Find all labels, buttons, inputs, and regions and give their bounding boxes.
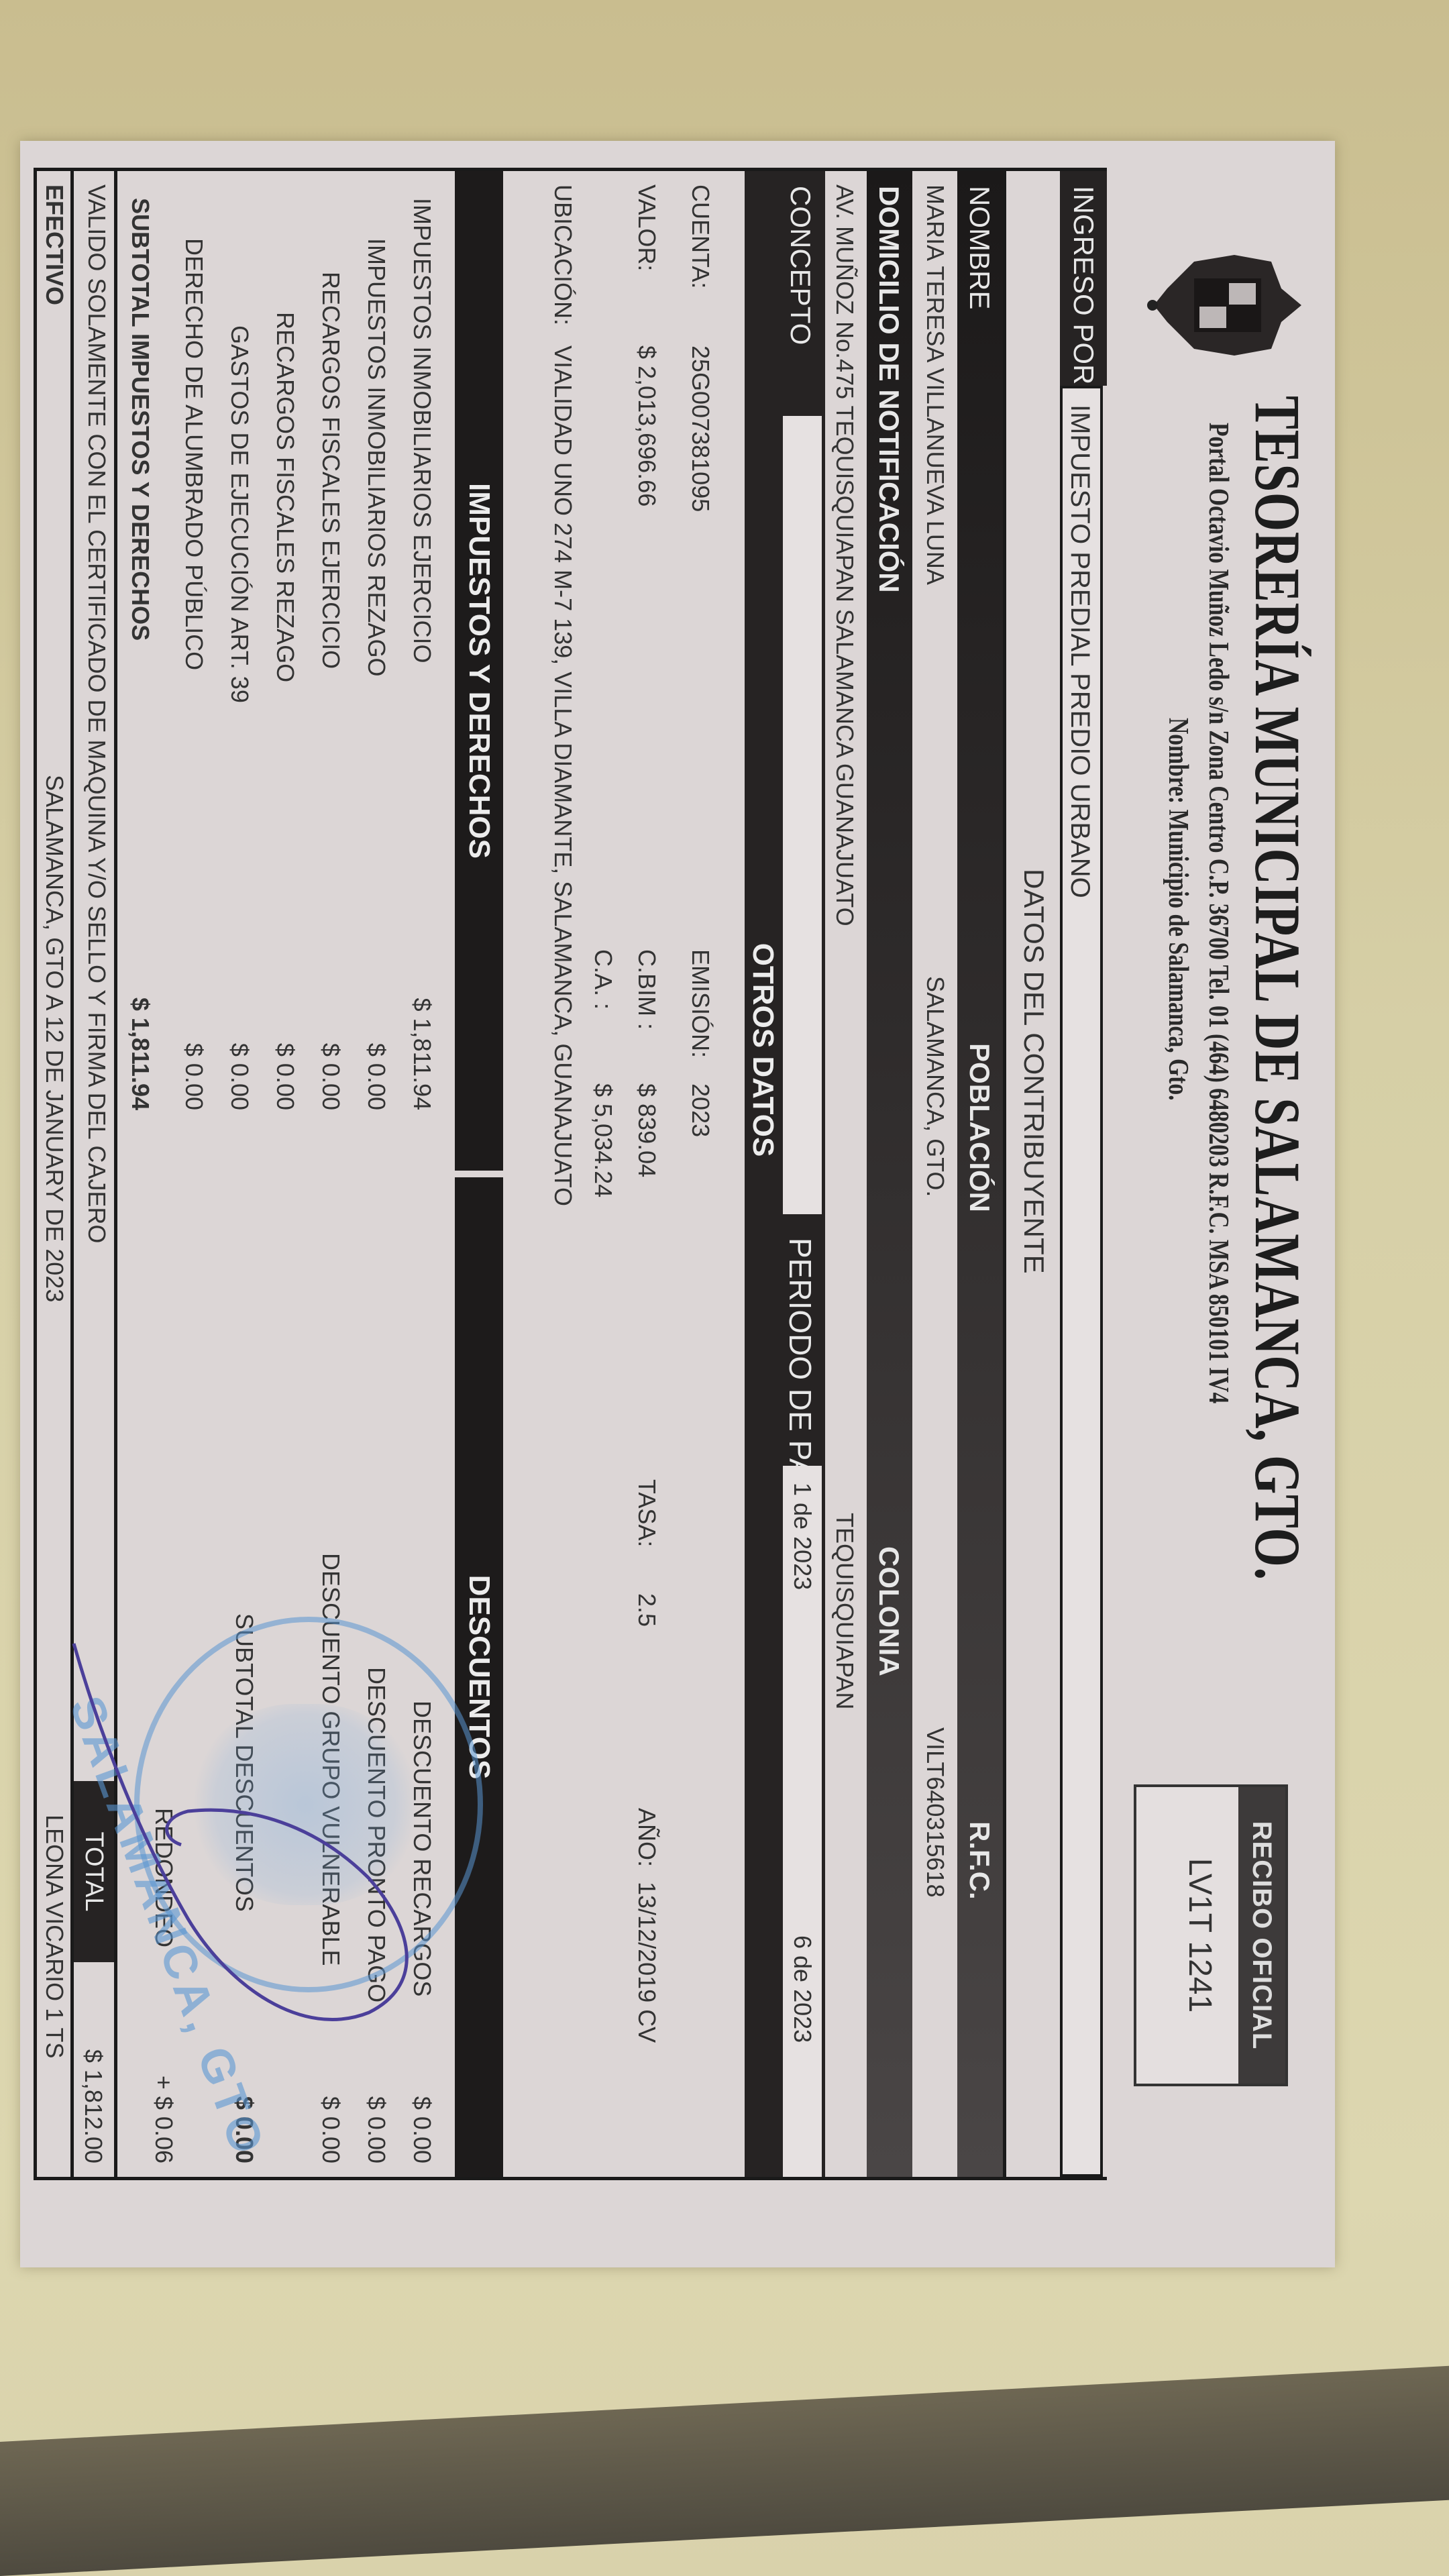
- impuesto-item-label: GASTOS DE EJECUCIÓN ART. 39: [225, 325, 254, 703]
- nombre-label: NOMBRE: [964, 186, 996, 309]
- forma-pago: EFECTIVO: [40, 184, 68, 305]
- domicilio-header-bar: DOMICILIO DE NOTIFICACIÓN COLONIA: [867, 171, 912, 2177]
- periodo-cell: 1 de 2023 6 de 2023: [783, 1466, 822, 2177]
- ingreso-value: IMPUESTO PREDIAL PREDIO URBANO: [1065, 405, 1095, 898]
- divider: [1003, 171, 1006, 2177]
- valor-label: VALOR:: [633, 184, 661, 271]
- ca-label: C.A. :: [589, 949, 617, 1010]
- impuesto-item-amount: $ 0.00: [317, 842, 345, 1110]
- nombre-header-bar: NOMBRE POBLACIÓN R.F.C.: [957, 171, 1003, 2177]
- ubicacion-value: VIALIDAD UNO 274 M-7 139, VILLA DIAMANTE…: [549, 345, 577, 1206]
- emision-value: 2023: [686, 1083, 714, 1137]
- ingreso-label: INGRESO POR: [1060, 171, 1107, 386]
- impuesto-item-label: IMPUESTOS INMOBILIARIOS REZAGO: [362, 238, 390, 676]
- periodo-desde: 1 de 2023: [788, 1483, 816, 1590]
- rfc-label: R.F.C.: [956, 1821, 1003, 1900]
- contribuyente-poblacion: SALAMANCA, GTO.: [921, 976, 949, 1197]
- tasa-label: TASA:: [633, 1479, 661, 1547]
- tasa-value: 2.5: [633, 1593, 661, 1627]
- ingreso-value-cell: IMPUESTO PREDIAL PREDIO URBANO: [1060, 386, 1103, 2177]
- ano-label: AÑO:: [633, 1808, 661, 1867]
- table-surface: [0, 2366, 1449, 2576]
- impuestos-section-title: IMPUESTOS Y DERECHOS: [455, 171, 503, 1171]
- concepto-value-cell: [783, 416, 822, 1214]
- impuesto-item-amount: $ 1,811.94: [408, 842, 436, 1110]
- poblacion-label: POBLACIÓN: [956, 1043, 1003, 1212]
- official-receipt-box: RECIBO OFICIAL LV1T 1241: [1134, 1784, 1288, 2086]
- tax-receipt-document: TESORERÍA MUNICIPAL DE SALAMANCA, GTO. P…: [20, 141, 1335, 2267]
- otros-datos-title: OTROS DATOS: [745, 922, 782, 1177]
- emision-label: EMISIÓN:: [686, 949, 714, 1058]
- contribuyente-rfc: VILT640315618: [921, 1727, 949, 1898]
- impuesto-item-label: RECARGOS FISCALES EJERCICIO: [317, 272, 345, 669]
- official-receipt-label: RECIBO OFICIAL: [1238, 1787, 1285, 2084]
- impuestos-subtotal: $ 1,811.94: [126, 842, 154, 1110]
- cuenta-value: 25G007381095: [686, 345, 714, 512]
- impuesto-item-label: IMPUESTOS INMOBILIARIOS EJERCICIO: [408, 198, 436, 663]
- cbim-label: C.BIM :: [633, 949, 661, 1030]
- cashier-signature: [47, 1637, 476, 2053]
- contribuyente-section-title: DATOS DEL CONTRIBUYENTE: [1018, 869, 1050, 1274]
- ubicacion-label: UBICACIÓN:: [549, 184, 577, 325]
- treasury-title: TESORERÍA MUNICIPAL DE SALAMANCA, GTO.: [1240, 396, 1315, 1580]
- impuesto-item-amount: $ 0.00: [362, 842, 390, 1110]
- impuestos-subtotal-label: SUBTOTAL IMPUESTOS Y DERECHOS: [126, 198, 154, 641]
- municipal-crest-icon: [1147, 241, 1308, 369]
- impuesto-item-amount: $ 0.00: [271, 842, 299, 1110]
- impuesto-item-label: RECARGOS FISCALES REZAGO: [271, 312, 299, 682]
- periodo-hasta: 6 de 2023: [788, 1935, 816, 2043]
- domicilio-label: DOMICILIO DE NOTIFICACIÓN: [873, 186, 905, 593]
- cuenta-label: CUENTA:: [686, 184, 714, 288]
- ano-value: 13/12/2019 CV: [633, 1882, 661, 2043]
- impuesto-item-amount: $ 0.00: [225, 842, 254, 1110]
- impuesto-item-amount: $ 0.00: [180, 842, 208, 1110]
- impuesto-item-label: DERECHO DE ALUMBRADO PÚBLICO: [180, 238, 208, 670]
- treasury-address: Portal Octavio Muñoz Ledo s/n Zona Centr…: [1202, 423, 1234, 1403]
- concepto-label: CONCEPTO: [777, 186, 824, 345]
- cbim-value: $ 839.04: [633, 1083, 661, 1177]
- colonia-label: COLONIA: [865, 1546, 912, 1676]
- ca-value: $ 5,034.24: [589, 1083, 617, 1197]
- treasury-name-line: Nombre: Municipio de Salamanca, Gto.: [1162, 718, 1194, 1101]
- validez-note: VALIDO SOLAMENTE CON EL CERTIFICADO DE M…: [83, 184, 111, 1243]
- colonia-value: TEQUISQUIAPAN: [830, 1513, 859, 1709]
- valor-value: $ 2,013,696.66: [633, 345, 661, 506]
- domicilio-value: AV. MUÑOZ No.475 TEQUISQUIAPAN SALAMANCA…: [830, 184, 859, 926]
- receipt-number: LV1T 1241: [1181, 1787, 1218, 2084]
- contribuyente-nombre: MARIA TERESA VILLANUEVA LUNA: [921, 184, 949, 585]
- lugar-fecha: SALAMANCA, GTO A 12 DE JANUARY DE 2023: [40, 775, 68, 1302]
